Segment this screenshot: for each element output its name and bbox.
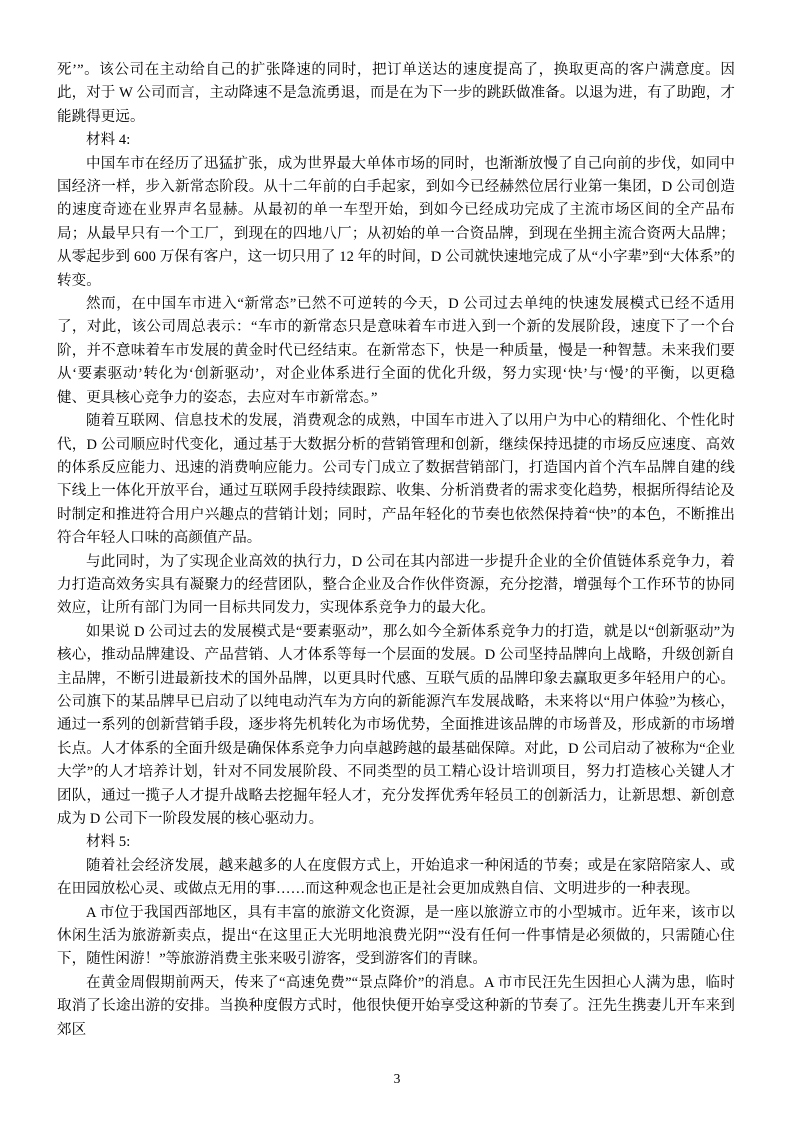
paragraph: 在黄金周假期前两天，传来了“高速免费”“景点降价”的消息。A 市市民汪先生因担心… <box>57 972 735 1042</box>
document-page: 死’”。该公司在主动给自己的扩张降速的同时，把订单送达的速度提高了，换取更高的客… <box>0 0 794 1122</box>
paragraph: 中国车市在经历了迅猛扩张，成为世界最大单体市场的同时，也渐渐放慢了自己向前的步伐… <box>57 153 735 293</box>
paragraph: 材料 5: <box>57 831 735 854</box>
paragraph: 如果说 D 公司过去的发展模式是“要素驱动”，那么如今全新体系竞争力的打造，就是… <box>57 621 735 832</box>
paragraph: 随着社会经济发展，越来越多的人在度假方式上，开始追求一种闲适的节奏；或是在家陪陪… <box>57 855 735 902</box>
paragraph: 随着互联网、信息技术的发展，消费观念的成熟，中国车市进入了以用户为中心的精细化、… <box>57 410 735 550</box>
paragraph: 与此同时，为了实现企业高效的执行力，D 公司在其内部进一步提升企业的全价值链体系… <box>57 551 735 621</box>
paragraph: 然而，在中国车市进入“新常态”已然不可逆转的今天，D 公司过去单纯的快速发展模式… <box>57 293 735 410</box>
page-number: 3 <box>0 1071 794 1087</box>
paragraph: 死’”。该公司在主动给自己的扩张降速的同时，把订单送达的速度提高了，换取更高的客… <box>57 59 735 129</box>
paragraph: A 市位于我国西部地区，具有丰富的旅游文化资源，是一座以旅游立市的小型城市。近年… <box>57 902 735 972</box>
document-body: 死’”。该公司在主动给自己的扩张降速的同时，把订单送达的速度提高了，换取更高的客… <box>57 59 735 1042</box>
paragraph: 材料 4: <box>57 129 735 152</box>
